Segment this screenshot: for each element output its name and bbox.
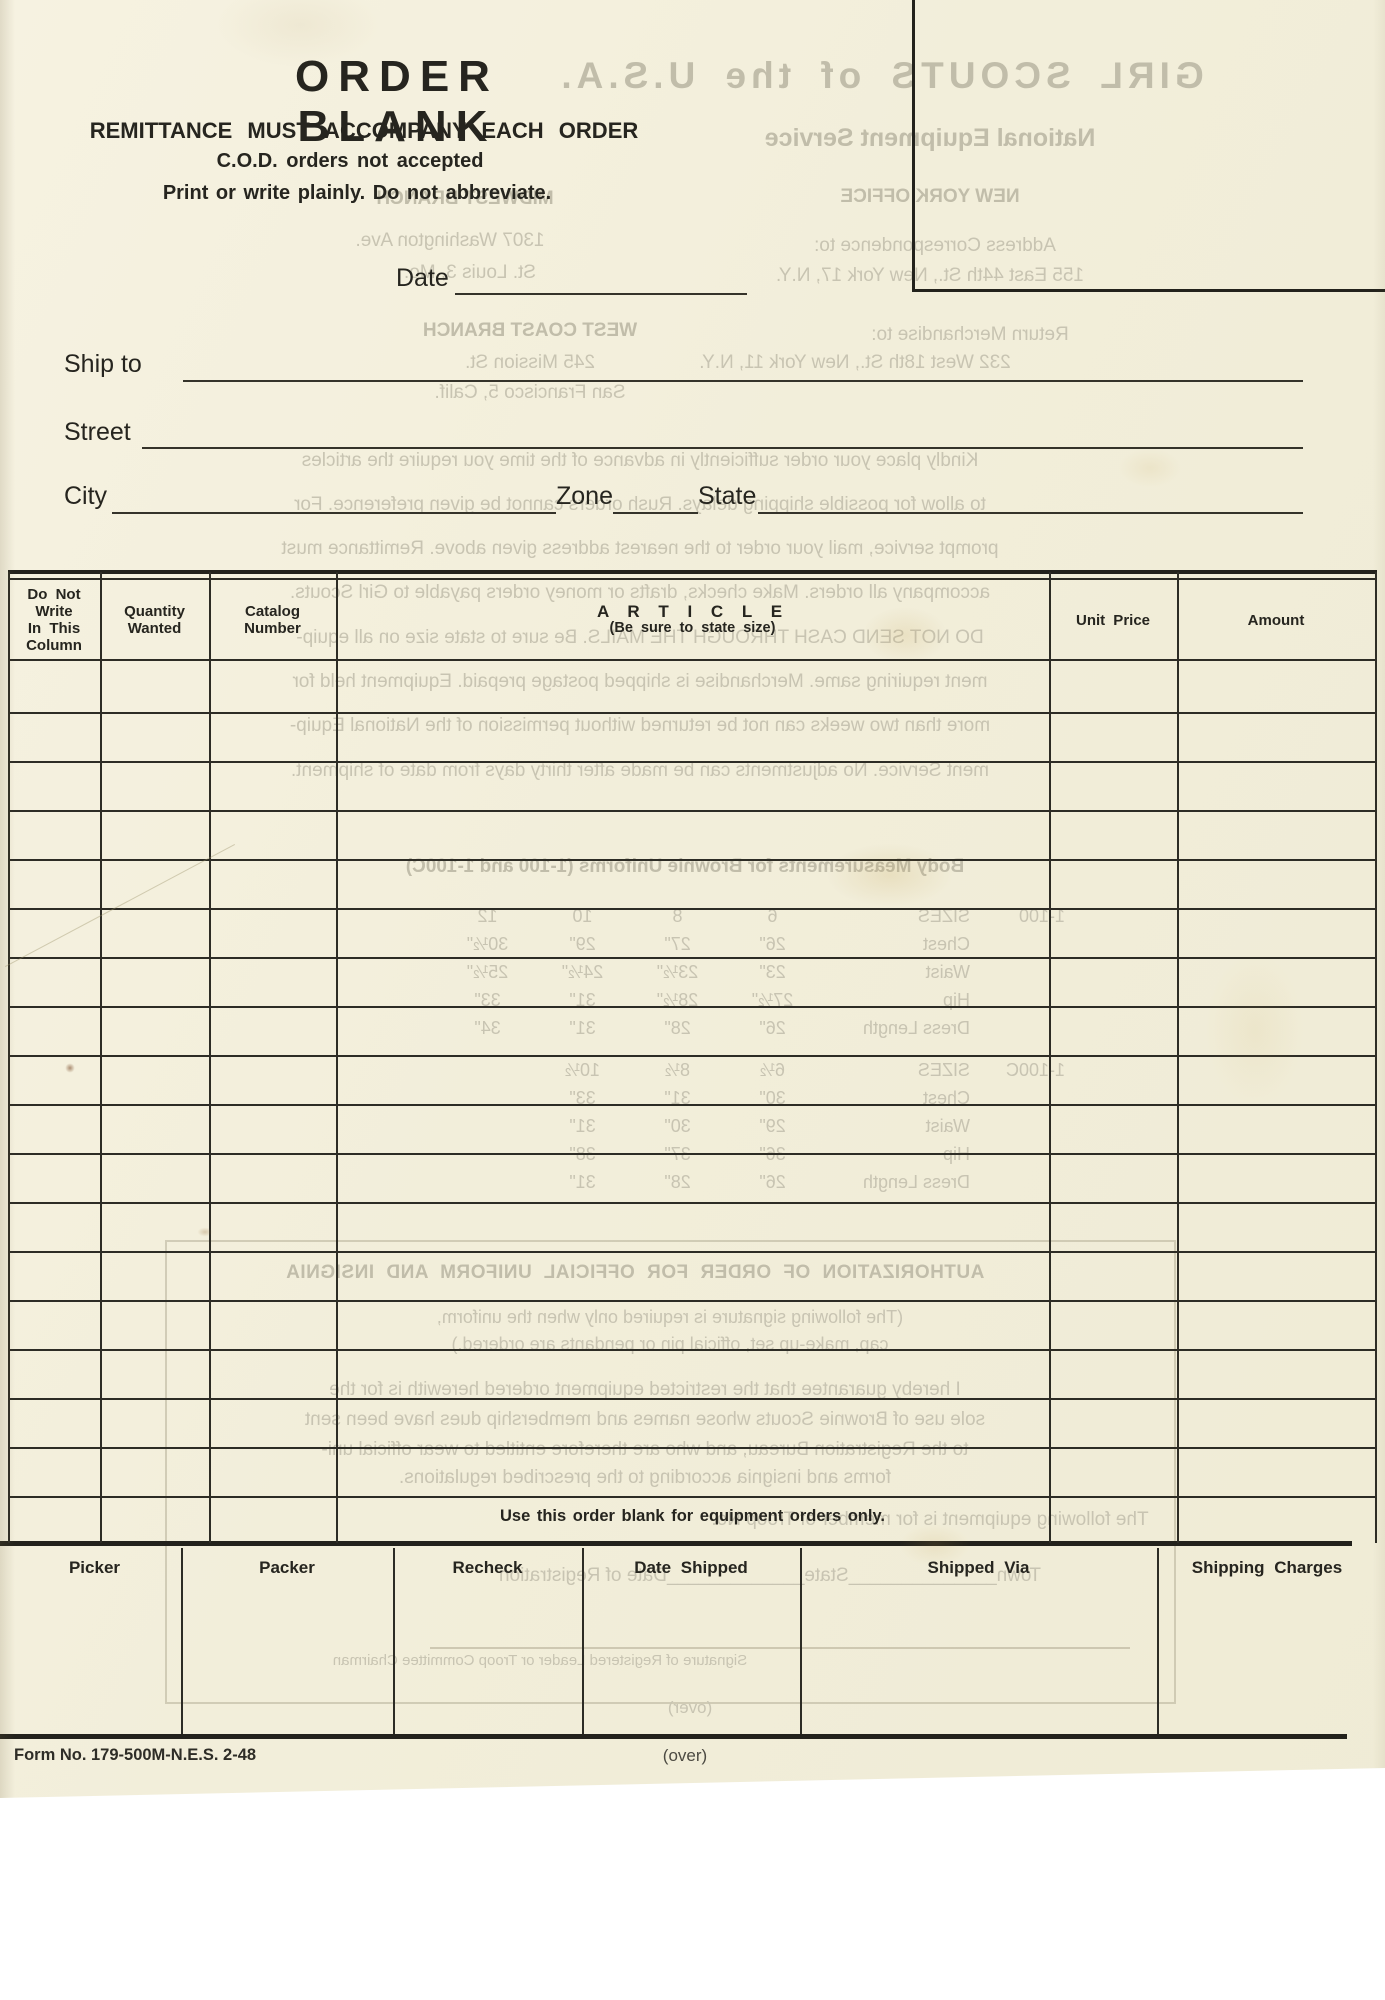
- authorization-line: to the Registration Bureau, and who are …: [170, 1439, 1120, 1463]
- measurement-row-label: Waist: [820, 958, 970, 986]
- measurement-row-label: Chest: [820, 930, 970, 958]
- authorization-line: forms and insignia according to the pres…: [170, 1467, 1120, 1491]
- order-table-header-line: A R T I C L E: [597, 603, 788, 620]
- measurement-value: 31": [630, 1084, 725, 1112]
- form-title: ORDER BLANK: [217, 52, 577, 104]
- bleed-ny-line: Address Correspondence to:: [700, 235, 1170, 259]
- date-label: Date: [396, 264, 449, 293]
- order-table-header-line: Catalog: [245, 603, 300, 620]
- order-table-header-cell: A R T I C L E(Be sure to state size): [336, 582, 1049, 658]
- city-label: City: [64, 482, 107, 511]
- measurement-value: 12: [440, 902, 535, 930]
- remittance-notice: REMITTANCE MUST ACCOMPANY EACH ORDER: [64, 118, 664, 146]
- order-row-line: [8, 1006, 1377, 1008]
- bleed-paragraph-line: more than two weeks can not be returned …: [165, 715, 1115, 741]
- order-row-line: [8, 1398, 1377, 1400]
- bleed-signature-rule: [430, 1647, 1130, 1649]
- authorization-line: sole use of Brownie Scouts whose names a…: [170, 1409, 1120, 1433]
- authorization-line: (The following signature is required onl…: [290, 1307, 1050, 1331]
- order-table-header-line: Amount: [1248, 612, 1305, 629]
- measurement-value: 27": [630, 930, 725, 958]
- measurement-row-label: Chest: [820, 1084, 970, 1112]
- measurement-value: 25½": [440, 958, 535, 986]
- order-table-header-cell: Amount: [1177, 582, 1375, 658]
- street-label: Street: [64, 418, 131, 447]
- equipment-only-note: Use this order blank for equipment order…: [336, 1507, 1049, 1537]
- measurement-value: 33": [535, 1084, 630, 1112]
- measurement-value: 28½": [630, 986, 725, 1014]
- paper-sheet: GIRL SCOUTS of the U.S.A. National Equip…: [0, 0, 1385, 2000]
- order-table-header-line: Write: [35, 603, 72, 620]
- order-row-line: [8, 1300, 1377, 1302]
- measurement-value: 31": [535, 1014, 630, 1042]
- measurement-value: 33": [440, 986, 535, 1014]
- order-row-line: [8, 1349, 1377, 1351]
- bleed-ny-line: Return Merchandise to:: [790, 324, 1150, 348]
- table-bottom-rule-thick: [0, 1541, 1352, 1546]
- measurement-value: 8½: [630, 1056, 725, 1084]
- measurement-row-label: SIZES: [820, 1056, 970, 1084]
- order-row-line: [8, 957, 1377, 959]
- state-label: State: [698, 482, 756, 511]
- measurement-row: Waist29"30"31": [435, 1112, 1065, 1140]
- zone-line: [613, 512, 698, 514]
- order-row-line: [8, 1447, 1377, 1449]
- panel-label: Picker: [8, 1558, 181, 1578]
- measurement-value: 10½: [535, 1056, 630, 1084]
- corner-box-vertical-line: [912, 0, 915, 292]
- measurement-value: 30": [725, 1084, 820, 1112]
- bleed-paragraph-line: ment requiring same. Merchandise is ship…: [165, 671, 1115, 697]
- measurement-row: Chest26"27"29"30½": [435, 930, 1065, 958]
- measurement-value: 34": [440, 1014, 535, 1042]
- zone-label: Zone: [556, 482, 613, 511]
- measurement-value: 31": [535, 986, 630, 1014]
- measurement-row-label: SIZES: [820, 902, 970, 930]
- measurement-value: 23": [725, 958, 820, 986]
- order-row-line: [8, 1202, 1377, 1204]
- bleed-midwest-line: 1307 Washington Ave.: [280, 230, 620, 254]
- order-table-header-cell: Do NotWriteIn ThisColumn: [8, 582, 100, 658]
- order-table-header-cell: Unit Price: [1049, 582, 1177, 658]
- measurement-row-label: Hip: [820, 986, 970, 1014]
- table-top-rule-thin: [8, 578, 1377, 580]
- order-row-line: [8, 712, 1377, 714]
- measurement-row: 1-100CSIZES6½8½10½: [435, 1056, 1065, 1084]
- measurement-row-label: Waist: [820, 1112, 970, 1140]
- measurement-value: 31": [535, 1112, 630, 1140]
- form-number: Form No. 179-500M-N.E.S. 2-48: [14, 1746, 256, 1765]
- measurement-value: 31": [535, 1168, 630, 1196]
- measurement-value: 29": [725, 1112, 820, 1140]
- measurement-row: Waist23"23½"24½"25½": [435, 958, 1065, 986]
- city-line: [112, 512, 556, 514]
- measurement-value: 27½": [725, 986, 820, 1014]
- order-table-header-line: Column: [26, 637, 82, 654]
- order-row-line: [8, 1153, 1377, 1155]
- bleed-west-heading: WEST COAST BRANCH: [360, 320, 700, 344]
- order-row-line: [8, 1055, 1377, 1057]
- order-row-line: [8, 1104, 1377, 1106]
- order-table-header-cell: CatalogNumber: [209, 582, 336, 658]
- measurement-row: Dress Length26"28"31": [435, 1168, 1065, 1196]
- scanned-order-form: GIRL SCOUTS of the U.S.A. National Equip…: [0, 0, 1385, 2000]
- bleed-org-title: GIRL SCOUTS of the U.S.A.: [520, 55, 1240, 103]
- measurement-value: 26": [725, 1014, 820, 1042]
- panel-label: Date Shipped: [582, 1558, 800, 1578]
- measurement-value: 30½": [440, 930, 535, 958]
- bleed-west-line: 245 Mission St.: [380, 352, 680, 376]
- order-table-header-cell: QuantityWanted: [100, 582, 209, 658]
- panel-bottom-rule-thick: [0, 1734, 1347, 1739]
- order-table-header-line: Unit Price: [1076, 612, 1150, 629]
- order-row-line: [8, 761, 1377, 763]
- bleed-paragraph-line: ment Service. No adjustments can be made…: [165, 760, 1115, 786]
- order-table-header-line: Number: [244, 620, 301, 637]
- bleed-paragraph-line: to allow for possible shipping delays. R…: [165, 494, 1115, 520]
- ship-to-line: [183, 380, 1303, 382]
- cod-notice: C.O.D. orders not accepted: [100, 150, 600, 176]
- table-header-bottom-rule: [8, 659, 1377, 661]
- panel-label: Shipped Via: [800, 1558, 1157, 1578]
- street-line: [142, 447, 1303, 449]
- bleed-paragraph-line: Kindly place your order sufficiently in …: [165, 450, 1115, 476]
- print-plainly-notice: Print or write plainly. Do not abbreviat…: [107, 182, 607, 208]
- table-top-rule-thick: [8, 570, 1377, 574]
- panel-label: Packer: [181, 1558, 393, 1578]
- panel-label: Shipping Charges: [1157, 1558, 1377, 1578]
- over-note: (over): [615, 1746, 755, 1766]
- measurement-value: 26": [725, 1168, 820, 1196]
- state-line: [758, 512, 1303, 514]
- order-table-header-line: Do Not: [27, 586, 80, 603]
- bleed-ny-office-heading: NEW YORK OFFICE: [750, 186, 1110, 210]
- bleed-over-note: (over): [620, 1698, 760, 1720]
- bleed-signature-caption: Signature of Registered Leader or Troop …: [260, 1652, 820, 1672]
- bleed-measurement-block: 1-100SIZES681012Chest26"27"29"30½"Waist2…: [435, 902, 1065, 1042]
- panel-label: Recheck: [393, 1558, 582, 1578]
- measurement-row: 1-100SIZES681012: [435, 902, 1065, 930]
- measurement-value: 6: [725, 902, 820, 930]
- bleed-paragraph-line: prompt service, mail your order to the n…: [165, 538, 1115, 564]
- order-row-line: [8, 1251, 1377, 1253]
- order-row-line: [8, 859, 1377, 861]
- corner-box-horizontal-line: [912, 289, 1385, 292]
- measurement-value: 26": [725, 930, 820, 958]
- measurement-value: 29": [535, 930, 630, 958]
- order-table-header-line: Wanted: [128, 620, 182, 637]
- measurement-row: Dress Length26"28"31"34": [435, 1014, 1065, 1042]
- order-row-line: [8, 1496, 1377, 1498]
- bleed-ny-line: 155 East 44th St., New York 17, N.Y.: [670, 265, 1190, 289]
- measurement-row: Chest30"31"33": [435, 1084, 1065, 1112]
- bleed-org-subtitle: National Equipment Service: [570, 124, 1290, 154]
- authorization-line: cap, make-up set, official pin or pendan…: [290, 1334, 1050, 1358]
- bleed-west-line: San Francisco 5, Calif.: [380, 382, 680, 406]
- measurement-value: 28": [630, 1168, 725, 1196]
- measurement-row-label: Dress Length: [820, 1014, 970, 1042]
- measurement-row: Hip27½"28½"31"33": [435, 986, 1065, 1014]
- order-table-header-line: Quantity: [124, 603, 185, 620]
- order-table-header-line: (Be sure to state size): [610, 620, 776, 637]
- order-row-line: [8, 908, 1377, 910]
- order-row-line: [8, 810, 1377, 812]
- ship-to-label: Ship to: [64, 350, 142, 379]
- measurement-value: 6½: [725, 1056, 820, 1084]
- measurement-value: 30": [630, 1112, 725, 1140]
- measurement-value: 28": [630, 1014, 725, 1042]
- measurement-value: 24½": [535, 958, 630, 986]
- measurement-value: 10: [535, 902, 630, 930]
- bleed-midwest-line: St. Louis 3, Mo.: [300, 262, 640, 286]
- measurement-value: 23½": [630, 958, 725, 986]
- bleed-ny-line: 232 West 18th St., New York 11, N.Y.: [620, 352, 1090, 376]
- date-line: [455, 293, 747, 295]
- measurement-row-label: Dress Length: [820, 1168, 970, 1196]
- measurement-value: 8: [630, 902, 725, 930]
- paper-crease: [5, 844, 235, 967]
- order-table-header-line: In This: [28, 620, 80, 637]
- bleed-measurement-block: 1-100CSIZES6½8½10½Chest30"31"33"Waist29"…: [435, 1056, 1065, 1196]
